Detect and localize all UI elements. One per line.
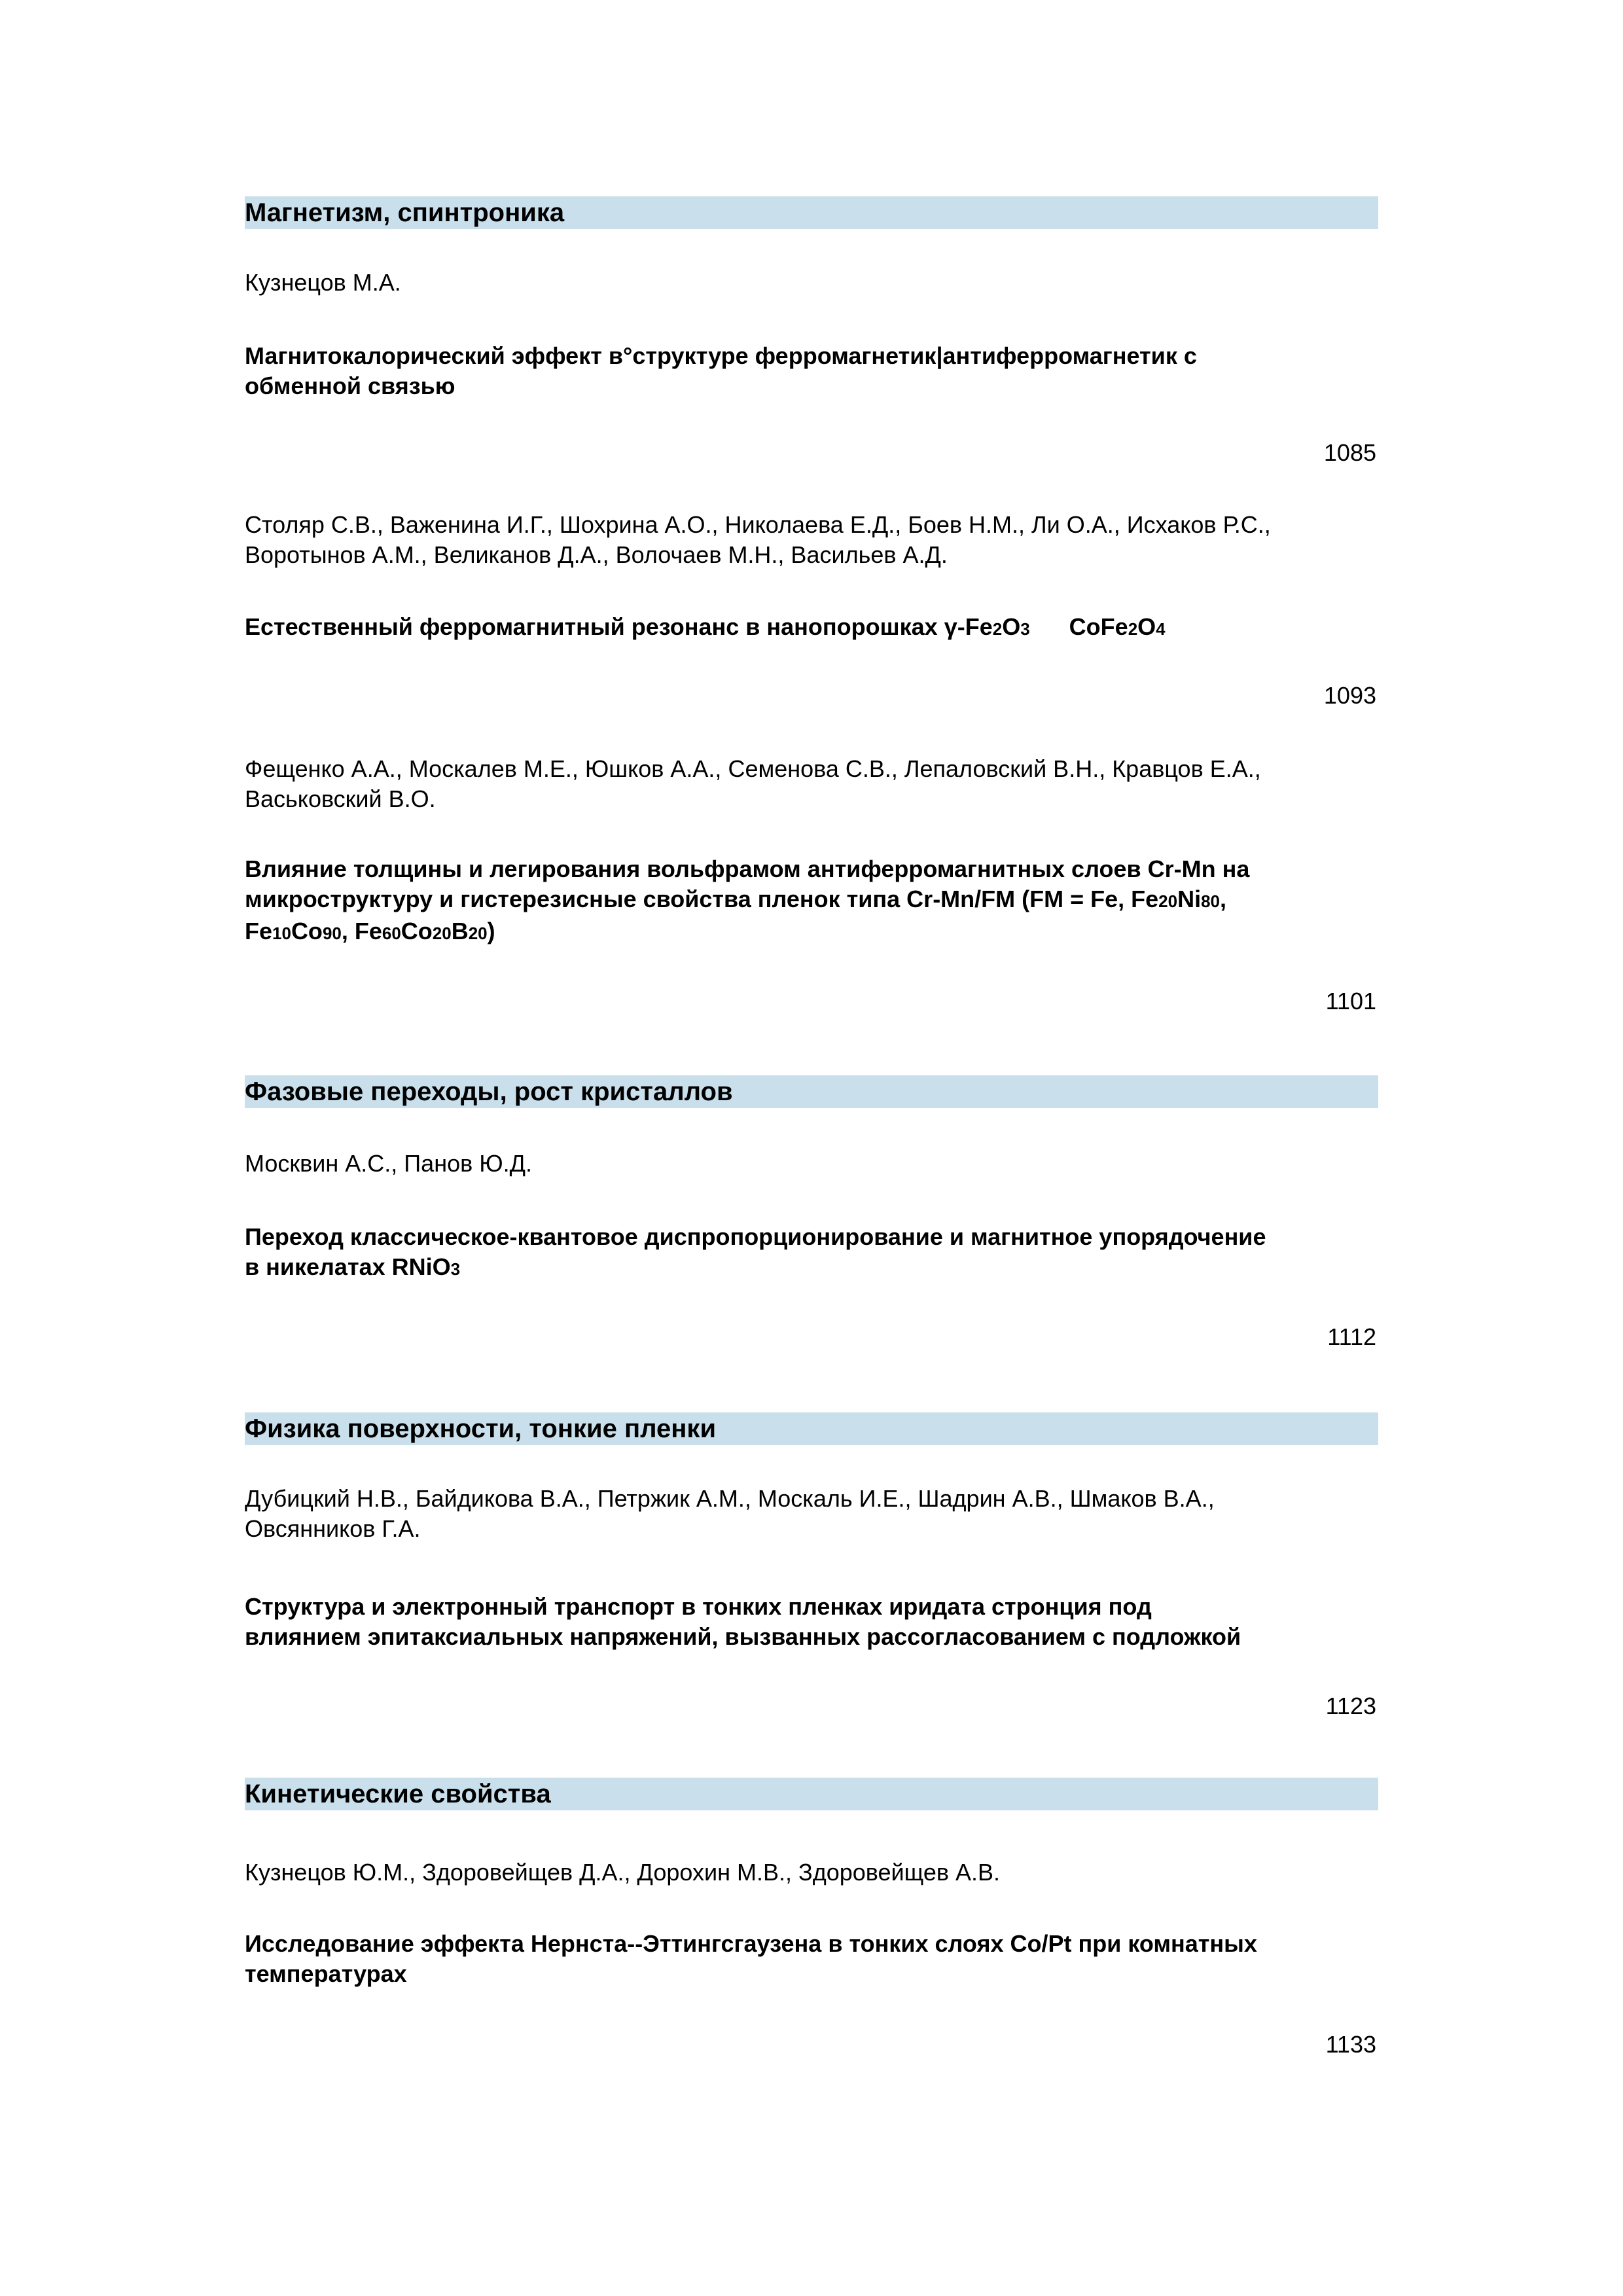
title-line: обменной связью bbox=[245, 371, 1383, 401]
title-line: Переход классическое-квантовое диспропор… bbox=[245, 1222, 1383, 1252]
subscript: 3 bbox=[451, 1259, 460, 1279]
title-line: влиянием эпитаксиальных напряжений, вызв… bbox=[245, 1622, 1383, 1652]
subscript: 20 bbox=[469, 924, 488, 943]
entry-authors: Москвин А.С., Панов Ю.Д. bbox=[245, 1149, 1383, 1179]
section-heading: Магнетизм, спинтроника bbox=[245, 198, 564, 228]
subscript: 90 bbox=[323, 924, 342, 943]
entry-title[interactable]: Влияние толщины и легирования вольфрамом… bbox=[245, 854, 1383, 948]
title-line: Структура и электронный транспорт в тонк… bbox=[245, 1592, 1383, 1622]
section-heading-band: Кинетические свойства bbox=[245, 1778, 1378, 1810]
entry-authors: Кузнецов М.А. bbox=[245, 268, 1383, 298]
page-number[interactable]: 1123 bbox=[1326, 1691, 1376, 1721]
subscript: 4 bbox=[1156, 619, 1165, 639]
section-heading-band: Физика поверхности, тонкие пленки bbox=[245, 1412, 1378, 1445]
subscript: 80 bbox=[1201, 891, 1220, 911]
subscript: 2 bbox=[993, 619, 1002, 639]
authors-line: Васьковский В.О. bbox=[245, 784, 1383, 814]
authors-line: Кузнецов Ю.М., Здоровейщев Д.А., Дорохин… bbox=[245, 1857, 1383, 1888]
entry-title[interactable]: Магнитокалорический эффект в°структуре ф… bbox=[245, 341, 1383, 401]
section-heading: Физика поверхности, тонкие пленки bbox=[245, 1414, 716, 1444]
page-number[interactable]: 1085 bbox=[1324, 438, 1376, 468]
entry-authors: Дубицкий Н.В., Байдикова В.А., Петржик А… bbox=[245, 1484, 1383, 1544]
section-heading: Фазовые переходы, рост кристаллов bbox=[245, 1077, 733, 1107]
page-number[interactable]: 1101 bbox=[1326, 986, 1376, 1016]
entry-title[interactable]: Исследование эффекта Нернста--Эттингсгау… bbox=[245, 1929, 1383, 1989]
title-line: Fe10Co90, Fe60Co20B20) bbox=[245, 916, 1383, 948]
authors-line: Воротынов А.М., Великанов Д.А., Волочаев… bbox=[245, 540, 1383, 570]
authors-line: Дубицкий Н.В., Байдикова В.А., Петржик А… bbox=[245, 1484, 1383, 1514]
page-number[interactable]: 1133 bbox=[1326, 2030, 1376, 2060]
authors-line: Овсянников Г.А. bbox=[245, 1514, 1383, 1544]
section-heading: Кинетические свойства bbox=[245, 1779, 551, 1809]
authors-line: Кузнецов М.А. bbox=[245, 268, 1383, 298]
title-line: в никелатах RNiO3 bbox=[245, 1252, 1383, 1284]
subscript: 2 bbox=[1128, 619, 1137, 639]
entry-title[interactable]: Естественный ферромагнитный резонанс в н… bbox=[245, 612, 1383, 644]
entry-authors: Кузнецов Ю.М., Здоровейщев Д.А., Дорохин… bbox=[245, 1857, 1383, 1888]
title-line: микроструктуру и гистерезисные свойства … bbox=[245, 884, 1383, 916]
title-line: Исследование эффекта Нернста--Эттингсгау… bbox=[245, 1929, 1383, 1959]
subscript: 60 bbox=[382, 924, 401, 943]
title-line: температурах bbox=[245, 1959, 1383, 1989]
authors-line: Фещенко А.А., Москалев М.Е., Юшков А.А.,… bbox=[245, 754, 1383, 784]
entry-authors: Фещенко А.А., Москалев М.Е., Юшков А.А.,… bbox=[245, 754, 1383, 814]
entry-title[interactable]: Структура и электронный транспорт в тонк… bbox=[245, 1592, 1383, 1652]
section-heading-band: Фазовые переходы, рост кристаллов bbox=[245, 1075, 1378, 1108]
title-line: Естественный ферромагнитный резонанс в н… bbox=[245, 612, 1383, 644]
authors-line: Москвин А.С., Панов Ю.Д. bbox=[245, 1149, 1383, 1179]
subscript: 3 bbox=[1020, 619, 1029, 639]
subscript: 20 bbox=[1158, 891, 1177, 911]
section-heading-band: Магнетизм, спинтроника bbox=[245, 196, 1378, 229]
entry-title[interactable]: Переход классическое-квантовое диспропор… bbox=[245, 1222, 1383, 1284]
subscript: 10 bbox=[272, 924, 291, 943]
subscript: 20 bbox=[433, 924, 452, 943]
authors-line: Столяр С.В., Важенина И.Г., Шохрина А.О.… bbox=[245, 510, 1383, 540]
entry-authors: Столяр С.В., Важенина И.Г., Шохрина А.О.… bbox=[245, 510, 1383, 570]
title-line: Магнитокалорический эффект в°структуре ф… bbox=[245, 341, 1383, 371]
page-number[interactable]: 1112 bbox=[1327, 1322, 1376, 1352]
title-line: Влияние толщины и легирования вольфрамом… bbox=[245, 854, 1383, 884]
page-number[interactable]: 1093 bbox=[1324, 681, 1376, 711]
